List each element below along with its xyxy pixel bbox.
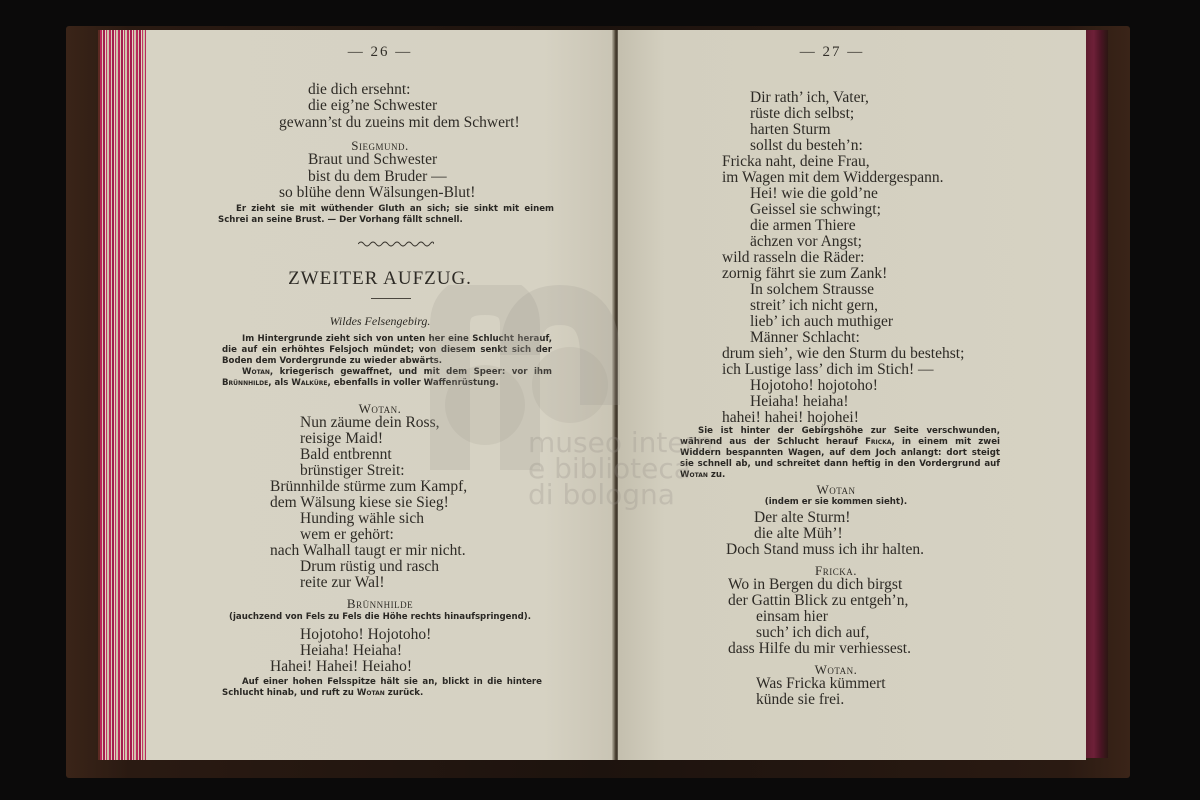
character-name: Fricka <box>865 437 891 447</box>
verse-line: wild rasseln die Räder: <box>722 250 864 266</box>
verse-line: die armen Thiere <box>750 218 856 234</box>
verse-line: die eig’ne Schwester <box>308 98 437 114</box>
left-page: — 26 — die dich ersehnt: die eig’ne Schw… <box>146 30 614 760</box>
stage-direction: Wotan, kriegerisch gewaffnet, und mit de… <box>222 367 552 389</box>
character-name: Wotan <box>680 470 708 480</box>
page-number-right: — 27 — <box>598 44 1066 61</box>
verse-line: gewann’st du zueins mit dem Schwert! <box>279 115 520 131</box>
verse-line: ich Lustige lass’ dich im Stich! — <box>722 362 934 378</box>
scene-title: Wildes Felsengebirg. <box>146 314 614 329</box>
verse-line: Männer Schlacht: <box>750 330 860 346</box>
speaker-wotan: Wotan <box>602 482 1070 498</box>
verse-line: künde sie frei. <box>756 692 844 708</box>
verse-line: Bald entbrennt <box>300 447 392 463</box>
page-edges-left <box>98 30 148 760</box>
verse-line: Dir rath’ ich, Vater, <box>750 90 869 106</box>
verse-line: die alte Müh’! <box>754 526 843 542</box>
verse-line: Nun zäume dein Ross, <box>300 415 439 431</box>
verse-line: dem Wälsung kiese sie Sieg! <box>270 495 449 511</box>
verse-line: Doch Stand muss ich ihr halten. <box>726 542 924 558</box>
speaker-brunnhilde: Brünnhilde <box>146 596 614 612</box>
verse-line: einsam hier <box>756 609 828 625</box>
verse-line: im Wagen mit dem Widdergespann. <box>722 170 944 186</box>
verse-line: Hei! wie die gold’ne <box>750 186 878 202</box>
verse-line: hahei! hahei! hojohei! <box>722 410 859 426</box>
verse-line: Hojotoho! Hojotoho! <box>300 627 431 643</box>
verse-line: dass Hilfe du mir verhiessest. <box>728 641 911 657</box>
verse-line: Wo in Bergen du dich birgst <box>728 577 902 593</box>
wavy-divider <box>358 240 434 248</box>
verse-line: Hojotoho! hojotoho! <box>750 378 878 394</box>
verse-line: rüste dich selbst; <box>750 106 854 122</box>
verse-line: Heiaha! heiaha! <box>750 394 849 410</box>
verse-line: drum sieh’, wie den Sturm du bestehst; <box>722 346 964 362</box>
verse-line: bist du dem Bruder — <box>308 169 447 185</box>
page-edges-right <box>1084 30 1108 758</box>
act-title: ZWEITER AUFZUG. <box>146 268 614 290</box>
verse-line: reite zur Wal! <box>300 575 385 591</box>
verse-line: Geissel sie schwingt; <box>750 202 881 218</box>
verse-line: der Gattin Blick zu entgeh’n, <box>728 593 908 609</box>
verse-line: ächzen vor Angst; <box>750 234 862 250</box>
short-rule <box>371 298 411 299</box>
stage-direction: (jauchzend von Fels zu Fels die Höhe rec… <box>146 612 614 623</box>
character-name: Wotan <box>242 367 270 377</box>
verse-line: Fricka naht, deine Frau, <box>722 154 870 170</box>
verse-line: Der alte Sturm! <box>754 510 850 526</box>
verse-line: Brünnhilde stürme zum Kampf, <box>270 479 467 495</box>
verse-line: lieb’ ich auch muthiger <box>750 314 893 330</box>
character-name: Wotan <box>357 688 385 698</box>
verse-line: streit’ ich nicht gern, <box>750 298 878 314</box>
verse-line: Hahei! Hahei! Heiaho! <box>270 659 412 675</box>
verse-line: harten Sturm <box>750 122 831 138</box>
verse-line: die dich ersehnt: <box>308 82 410 98</box>
stage-direction: Auf einer hohen Felsspitze hält sie an, … <box>222 677 542 699</box>
verse-line: Braut und Schwester <box>308 152 437 168</box>
verse-line: reisige Maid! <box>300 431 383 447</box>
character-name: Brünnhilde <box>222 378 268 388</box>
verse-line: Drum rüstig und rasch <box>300 559 439 575</box>
right-page: — 27 — Dir rath’ ich, Vater, rüste dich … <box>618 30 1086 760</box>
verse-line: brünstiger Streit: <box>300 463 405 479</box>
stage-direction: Sie ist hinter der Gebirgshöhe zur Seite… <box>680 426 1000 481</box>
verse-line: Hunding wähle sich <box>300 511 424 527</box>
stage-direction: Er zieht sie mit wüthender Gluth an sich… <box>218 204 554 226</box>
stage-direction: (indem er sie kommen sieht). <box>602 497 1070 508</box>
verse-line: sollst du besteh’n: <box>750 138 863 154</box>
character-name: Walküre <box>291 378 327 388</box>
verse-line: In solchem Strausse <box>750 282 874 298</box>
verse-line: so blühe denn Wälsungen-Blut! <box>279 185 475 201</box>
verse-line: zornig fährt sie zum Zank! <box>722 266 887 282</box>
page-number-left: — 26 — <box>146 44 614 61</box>
verse-line: Heiaha! Heiaha! <box>300 643 402 659</box>
verse-line: wem er gehört: <box>300 527 394 543</box>
verse-line: Was Fricka kümmert <box>756 676 886 692</box>
stage-direction: Im Hintergrunde zieht sich von unten her… <box>222 334 552 367</box>
verse-line: nach Walhall taugt er mir nicht. <box>270 543 466 559</box>
verse-line: such’ ich dich auf, <box>756 625 869 641</box>
